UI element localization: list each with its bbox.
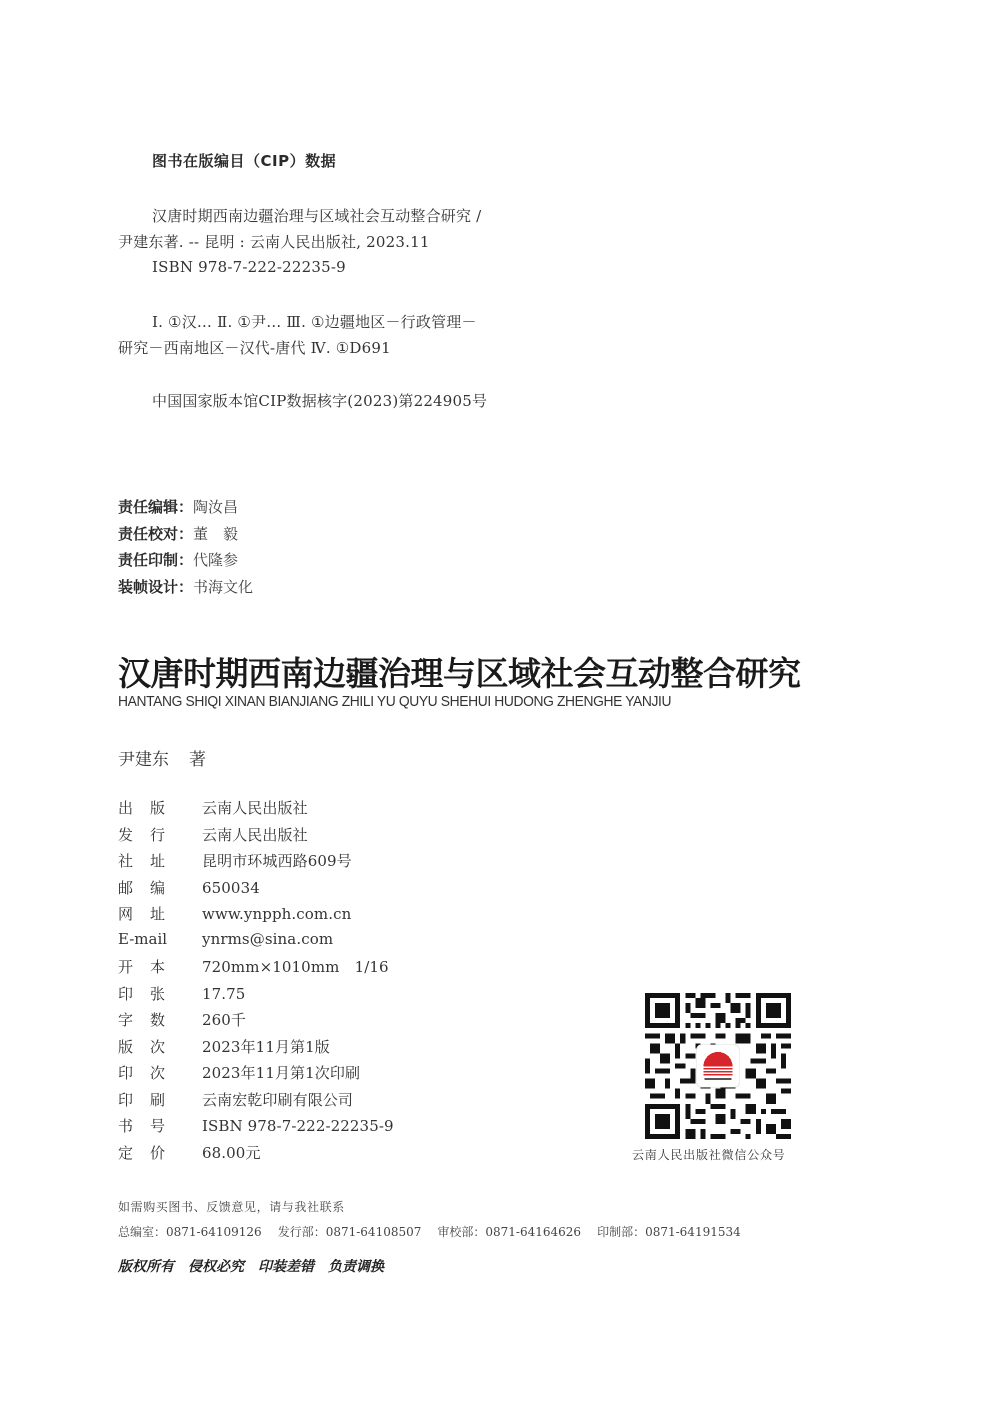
info-value: 云南宏乾印刷有限公司 <box>202 1089 353 1110</box>
author-role: 著 <box>189 750 206 770</box>
info-label: 邮编 <box>118 877 202 898</box>
info-row-postcode: 邮编 650034 <box>118 877 394 904</box>
info-label: 出版 <box>118 797 202 818</box>
info-value: 260千 <box>202 1009 246 1030</box>
info-row-edition: 版次 2023年11月第1版 <box>118 1036 394 1063</box>
dept-label: 发行部： <box>278 1225 326 1239</box>
staff-row-printing: 责任印制： 代隆参 <box>118 549 238 570</box>
email-link[interactable]: ynrms@sina.com <box>202 930 333 948</box>
website-link[interactable]: www.ynpph.com.cn <box>202 905 351 923</box>
copyright-phrase: 侵权必究 <box>188 1256 244 1276</box>
phone-number: 0871-64191534 <box>645 1225 741 1239</box>
info-value: 17.75 <box>202 985 245 1003</box>
staff-value: 陶汝昌 <box>193 496 238 517</box>
staff-value: 代隆参 <box>193 549 238 570</box>
staff-label: 责任校对： <box>118 523 193 544</box>
info-row-publisher: 出版 云南人民出版社 <box>118 797 394 824</box>
contact-note: 如需购买图书、反馈意见，请与我社联系 <box>118 1198 345 1215</box>
cip-entry-line-1: 汉唐时期西南边疆治理与区域社会互动整合研究 / <box>152 205 481 226</box>
phone-number: 0871-64164626 <box>485 1225 581 1239</box>
info-value: 云南人民出版社 <box>202 797 308 818</box>
cip-heading: 图书在版编目（CIP）数据 <box>152 150 336 171</box>
qr-caption: 云南人民出版社微信公众号 <box>632 1146 786 1163</box>
staff-label: 责任编辑： <box>118 496 193 517</box>
author-name: 尹建东 <box>118 750 169 770</box>
phone-distribution: 发行部：0871-64108507 <box>278 1223 422 1240</box>
book-author: 尹建东著 <box>118 745 206 770</box>
info-label: 印张 <box>118 983 202 1004</box>
book-title-pinyin: HANTANG SHIQI XINAN BIANJIANG ZHILI YU Q… <box>118 694 671 710</box>
info-row-price: 定价 68.00元 <box>118 1142 394 1169</box>
staff-value: 董 毅 <box>193 523 238 544</box>
publication-info-table: 出版 云南人民出版社 发行 云南人民出版社 社址 昆明市环城西路609号 邮编 … <box>118 797 394 1168</box>
info-label: 定价 <box>118 1142 202 1163</box>
info-label: 开本 <box>118 956 202 977</box>
info-value: 云南人民出版社 <box>202 824 308 845</box>
dept-label: 总编室： <box>118 1225 166 1239</box>
info-row-word-count: 字数 260千 <box>118 1009 394 1036</box>
info-label: 版次 <box>118 1036 202 1057</box>
phone-number: 0871-64108507 <box>326 1225 422 1239</box>
info-row-address: 社址 昆明市环城西路609号 <box>118 850 394 877</box>
info-value: ISBN 978-7-222-22235-9 <box>202 1117 394 1135</box>
info-label: 印刷 <box>118 1089 202 1110</box>
info-row-email: E-mail ynrms@sina.com <box>118 930 394 957</box>
info-row-format: 开本 720mm×1010mm 1/16 <box>118 956 394 983</box>
cip-verification-number: 中国国家版本馆CIP数据核字(2023)第224905号 <box>152 390 487 411</box>
info-value: 昆明市环城西路609号 <box>202 850 352 871</box>
staff-row-design: 装帧设计： 书海文化 <box>118 576 253 597</box>
copyright-notice: 版权所有 侵权必究 印装差错 负责调换 <box>118 1256 384 1276</box>
info-label: 社址 <box>118 850 202 871</box>
info-label: 发行 <box>118 824 202 845</box>
staff-row-proofreader: 责任校对： 董 毅 <box>118 523 238 544</box>
dept-label: 印制部： <box>597 1225 645 1239</box>
phone-printing: 印制部：0871-64191534 <box>597 1223 741 1240</box>
copyright-phrase: 负责调换 <box>328 1256 384 1276</box>
info-row-printer: 印刷 云南宏乾印刷有限公司 <box>118 1089 394 1116</box>
phone-editorial: 总编室：0871-64109126 <box>118 1223 262 1240</box>
info-value: 650034 <box>202 879 260 897</box>
contact-phones: 总编室：0871-64109126 发行部：0871-64108507 审校部：… <box>118 1223 741 1240</box>
info-row-distributor: 发行 云南人民出版社 <box>118 824 394 851</box>
info-value: 720mm×1010mm 1/16 <box>202 956 389 977</box>
info-row-sheets: 印张 17.75 <box>118 983 394 1010</box>
staff-label: 装帧设计： <box>118 576 193 597</box>
copyright-phrase: 版权所有 <box>118 1256 174 1276</box>
cip-classification-line-1: Ⅰ. ①汉… Ⅱ. ①尹… Ⅲ. ①边疆地区－行政管理－ <box>152 311 477 332</box>
dept-label: 审校部： <box>437 1225 485 1239</box>
info-value: 2023年11月第1版 <box>202 1036 330 1057</box>
info-label: 字数 <box>118 1009 202 1030</box>
info-label: 印次 <box>118 1062 202 1083</box>
cip-entry-line-2: 尹建东著. -- 昆明 : 云南人民出版社, 2023.11 <box>118 231 430 252</box>
staff-label: 责任印制： <box>118 549 193 570</box>
cip-classification-line-2: 研究－西南地区－汉代-唐代 Ⅳ. ①D691 <box>118 337 391 358</box>
phone-proofreading: 审校部：0871-64164626 <box>437 1223 581 1240</box>
book-title: 汉唐时期西南边疆治理与区域社会互动整合研究 <box>118 648 801 695</box>
staff-row-editor: 责任编辑： 陶汝昌 <box>118 496 238 517</box>
copyright-phrase: 印装差错 <box>258 1256 314 1276</box>
info-label: 网址 <box>118 903 202 924</box>
info-value: 68.00元 <box>202 1142 261 1163</box>
phone-number: 0871-64109126 <box>166 1225 262 1239</box>
info-value: 2023年11月第1次印刷 <box>202 1062 360 1083</box>
info-row-isbn: 书号 ISBN 978-7-222-22235-9 <box>118 1115 394 1142</box>
info-row-impression: 印次 2023年11月第1次印刷 <box>118 1062 394 1089</box>
info-row-website: 网址 www.ynpph.com.cn <box>118 903 394 930</box>
info-label: 书号 <box>118 1115 202 1136</box>
info-label: E-mail <box>118 930 202 948</box>
qr-code-icon[interactable] <box>645 993 791 1139</box>
staff-value: 书海文化 <box>193 576 253 597</box>
cip-isbn-line: ISBN 978-7-222-22235-9 <box>152 258 346 276</box>
